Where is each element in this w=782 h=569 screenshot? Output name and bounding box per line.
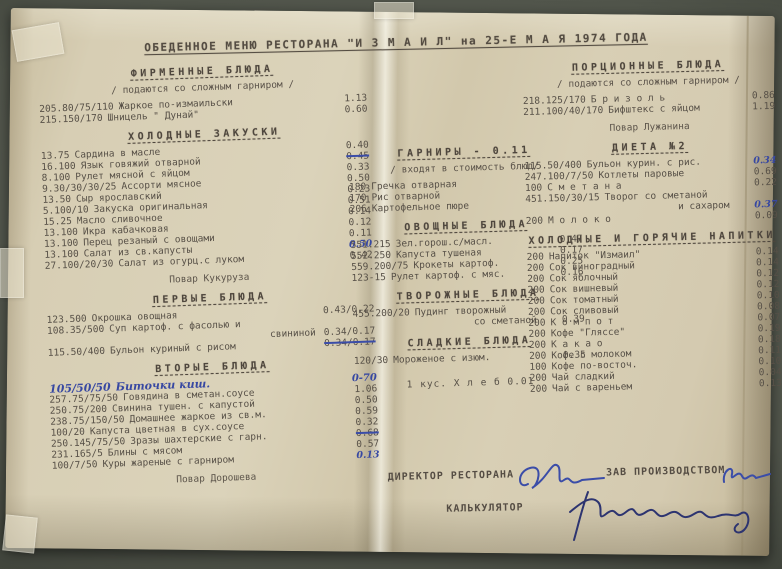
item-code: 200 <box>529 339 546 350</box>
item-price: 0.60 <box>327 104 367 116</box>
item-code: 100/7/50 <box>52 459 98 472</box>
menu-section: ВТОРЫЕ БЛЮДА105/50/50Биточки киш.0-70257… <box>48 356 380 489</box>
item-code: 16.100 <box>41 161 76 173</box>
menu-section: ХОЛОДНЫЕ И ГОРЯЧИЕ НАПИТКИ200Напиток "Из… <box>526 230 782 395</box>
item-code: 115.50/400 <box>48 346 106 359</box>
section-subtitle: / подаются со сложным гарниром / <box>522 74 774 91</box>
item-price: 0.09 <box>738 210 778 222</box>
item-code: 200 <box>527 252 544 263</box>
item-code: 200 <box>526 216 543 227</box>
item-code: 170 <box>349 193 366 204</box>
section-title: ПОРЦИОННЫЕ БЛЮДА <box>522 58 774 75</box>
chef-name: Повар Кукуруза <box>45 267 373 289</box>
chef-name: Повар Дорошева <box>52 467 380 489</box>
item-code: 180 <box>349 182 366 193</box>
item-code: 215.150/170 <box>40 113 103 126</box>
item-code: 123-15 <box>351 272 386 284</box>
item-code: 100 <box>529 361 546 372</box>
chef-name: Повар Лужанина <box>523 119 775 136</box>
menu-section: ПОРЦИОННЫЕ БЛЮДА/ подаются со сложным га… <box>522 58 776 136</box>
menu-content: ОБЕДЕННОЕ МЕНЮ РЕСТОРАНА "И З М А И Л" н… <box>0 0 782 569</box>
item-code: 200 <box>528 307 545 318</box>
item-code: 108.35/500 <box>47 324 105 337</box>
item-code: 455.200/20 <box>352 307 409 320</box>
item-code: 120/30 <box>354 355 389 367</box>
item-code: 200 <box>530 383 547 394</box>
menu-section: ХОЛОДНЫЕ ЗАКУСКИ13.75Сардина в масле0.40… <box>40 124 373 290</box>
section-title: ХОЛОДНЫЕ И ГОРЯЧИЕ НАПИТКИ <box>526 230 778 247</box>
item-code: 200 <box>528 329 545 340</box>
item-code: 200 <box>529 350 546 361</box>
item-code: 211.100/40/170 <box>523 105 603 118</box>
column-right: ПОРЦИОННЫЕ БЛЮДА/ подаются со сложным га… <box>522 58 782 404</box>
director-label: ДИРЕКТОР РЕСТОРАНА <box>388 469 515 483</box>
item-name: Мороженое с изюм. <box>393 351 546 366</box>
calculator-label: КАЛЬКУЛЯТОР <box>446 502 523 515</box>
item-price: 0.13 <box>742 378 782 390</box>
menu-section: ФИРМЕННЫЕ БЛЮДА/ подаются со сложным гар… <box>38 61 368 126</box>
item-code: 200 <box>530 372 547 383</box>
item-code: 27.100/20/30 <box>45 258 114 271</box>
item-code: 451.150/30/15 <box>525 192 600 205</box>
section-title: ДИЕТА №2 <box>524 139 776 156</box>
item-code: 200 <box>527 274 544 285</box>
item-name: Бифштекс с яйцом <box>608 102 735 116</box>
item-code: 200 <box>527 285 544 296</box>
item-code: 100 <box>525 183 542 194</box>
signature-calculator <box>562 478 782 548</box>
item-price: 1.19 <box>735 101 775 113</box>
item-code: 206 <box>350 203 367 214</box>
production-label: ЗАВ ПРОИЗВОДСТВОМ <box>606 465 726 478</box>
menu-section: ПЕРВЫЕ БЛЮДА123.500Окрошка овощная0.43/0… <box>46 287 376 358</box>
item-code: 200 <box>528 296 545 307</box>
item-code: 200 <box>527 263 544 274</box>
menu-section: ДИЕТА №2115.50/400Бульон курин. с рис.0.… <box>524 139 778 227</box>
item-price: 0.13 <box>339 449 379 461</box>
item-code: 200 <box>528 318 545 329</box>
menu-title: ОБЕДЕННОЕ МЕНЮ РЕСТОРАНА "И З М А И Л" н… <box>96 30 696 56</box>
column-left: ФИРМЕННЫЕ БЛЮДА/ подаются со сложным гар… <box>38 61 381 499</box>
